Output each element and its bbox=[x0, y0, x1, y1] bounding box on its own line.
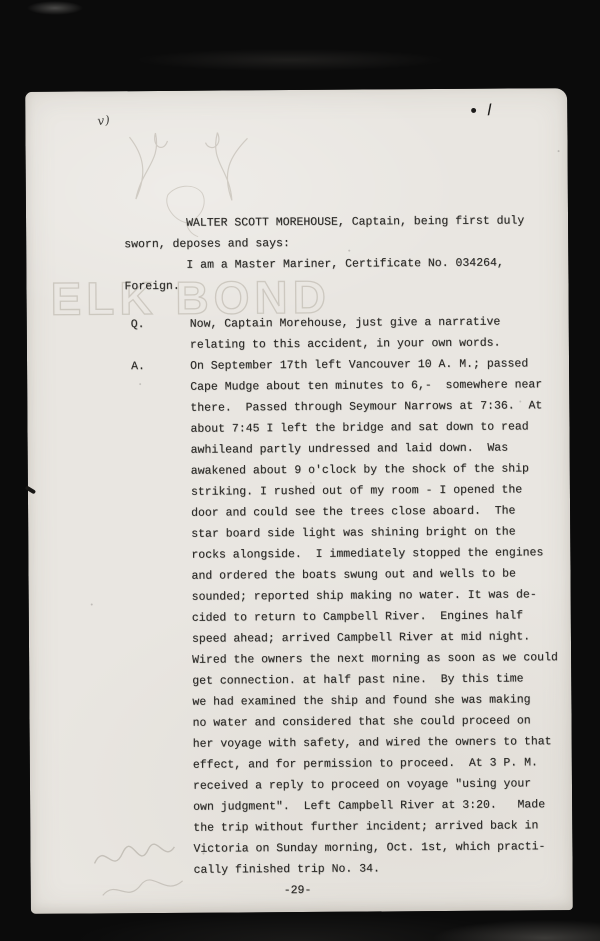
typed-line-text: star board side light was shining bright… bbox=[191, 521, 515, 544]
typed-line-text: speed ahead; arrived Campbell River at m… bbox=[192, 626, 530, 649]
typed-line-text: Victoria on Sunday morning, Oct. 1st, wh… bbox=[193, 836, 545, 859]
typed-line-text: WALTER SCOTT MOREHOUSE, Captain, being f… bbox=[186, 210, 524, 233]
typed-line-text: received a reply to proceed on voyage "u… bbox=[193, 773, 531, 796]
scan-speck bbox=[25, 92, 27, 94]
typed-line-text: own judgment". Left Campbell River at 3:… bbox=[193, 794, 545, 817]
qa-label: A. bbox=[131, 356, 145, 377]
typed-line-text: her voyage with safety, and wired the ow… bbox=[193, 731, 552, 755]
typed-line-text: I am a Master Mariner, Certificate No. 0… bbox=[186, 253, 504, 276]
typed-line-text: awhileand partly undressed and laid down… bbox=[191, 438, 509, 461]
typed-line-text: the trip without further incident; arriv… bbox=[193, 815, 538, 838]
typed-line-text: Now, Captain Morehouse, just give a narr… bbox=[190, 312, 501, 335]
typed-line-text: and ordered the boats swung out and well… bbox=[191, 563, 515, 586]
typed-line-text: about 7:45 I left the bridge and sat dow… bbox=[190, 416, 528, 439]
typed-line-text: On September 17th left Vancouver 10 A. M… bbox=[190, 353, 528, 376]
typed-text: WALTER SCOTT MOREHOUSE, Captain, being f… bbox=[26, 210, 573, 903]
typed-line-text: striking. I rushed out of my room - I op… bbox=[191, 479, 522, 502]
scanned-page: ELK BOND v) • / WALTER SCOTT MOREHOUSE, … bbox=[25, 88, 573, 914]
typed-line-text: sworn, deposes and says: bbox=[124, 233, 290, 255]
pencil-mark-top-right: • / bbox=[468, 101, 495, 120]
page-number: -29- bbox=[31, 878, 573, 903]
typed-line-text: relating to this accident, in your own w… bbox=[190, 333, 501, 356]
typed-line-text: sounded; reported ship making no water. … bbox=[192, 584, 537, 607]
typed-line-text: cally finished trip No. 34. bbox=[194, 858, 380, 880]
typed-line: Foreign. bbox=[26, 273, 568, 298]
typed-line-text: Wired the owners the next morning as soo… bbox=[192, 647, 558, 671]
qa-label: Q. bbox=[131, 314, 145, 335]
typed-line-text: door and could see the trees close aboar… bbox=[191, 500, 515, 523]
typed-line-text: we had examined the ship and found she w… bbox=[192, 689, 530, 712]
typed-line-text: no water and considered that she could p… bbox=[192, 710, 530, 733]
typed-line-text: there. Passed through Seymour Narrows at… bbox=[190, 395, 542, 418]
typed-line-text: awakened about 9 o'clock by the shock of… bbox=[191, 458, 529, 481]
typed-line-text: Foreign. bbox=[124, 276, 179, 297]
pencil-mark-top-left: v) bbox=[97, 113, 112, 128]
typed-line-text: effect, and for permission to proceed. A… bbox=[193, 752, 538, 775]
scanner-background: ELK BOND v) • / WALTER SCOTT MOREHOUSE, … bbox=[0, 0, 600, 941]
typed-line-text: Cape Mudge about ten minutes to 6,- some… bbox=[190, 374, 542, 397]
typed-line-text: rocks alongside. I immediately stopped t… bbox=[191, 542, 543, 565]
typed-line-text: get connection. at half past nine. By th… bbox=[192, 668, 523, 691]
typed-line-text: -29- bbox=[284, 880, 312, 901]
typed-line-text: cided to return to Campbell River. Engin… bbox=[192, 605, 523, 628]
